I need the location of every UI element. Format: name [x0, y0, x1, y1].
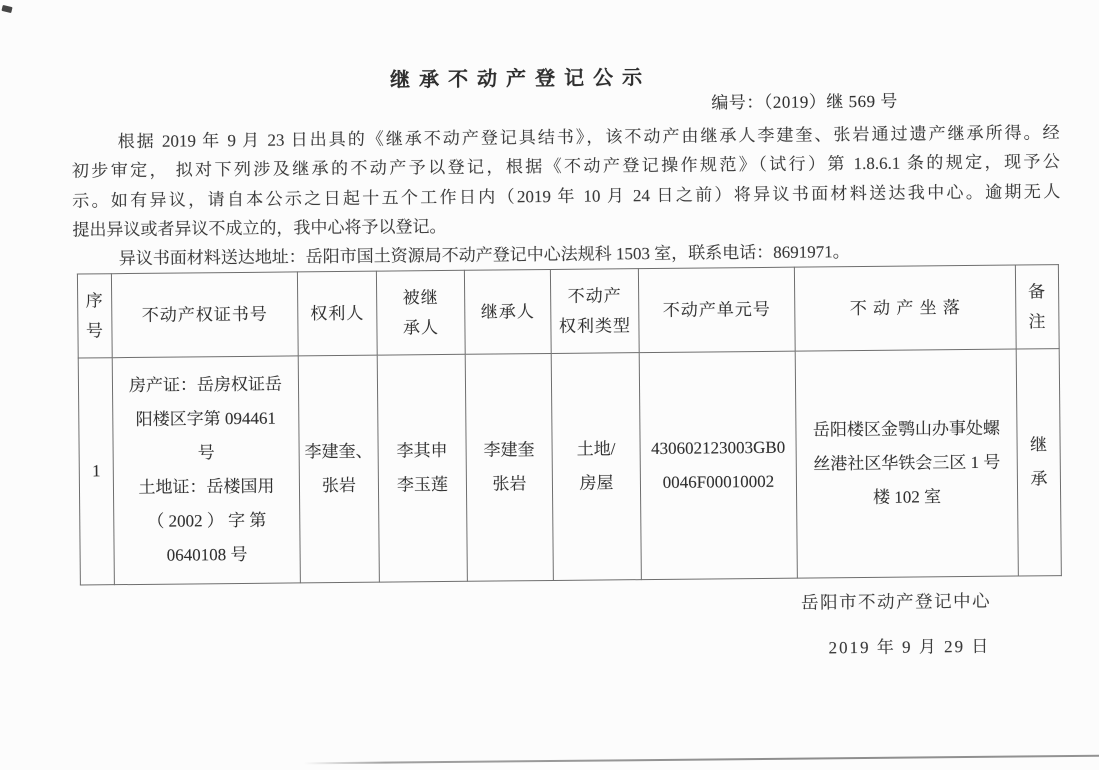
- col-header-right-type: 不动产 权利类型: [550, 269, 639, 354]
- scanned-page: 继 承 不 动 产 登 记 公 示 编号：（2019）继 569 号 根据 20…: [0, 0, 1099, 770]
- signature-date: 2019 年 9 月 29 日: [828, 632, 990, 659]
- col-header-unit-number: 不动产单元号: [638, 267, 795, 352]
- records-table: 序 号 不动产权证书号 权利人 被继 承人 继承人 不动产 权利类型 不动产单元…: [77, 264, 1062, 585]
- col-header-seq: 序 号: [77, 274, 112, 358]
- scan-bottom-edge-artifact: [304, 755, 1099, 765]
- cell-holder: 李建奎、 张岩: [298, 355, 379, 583]
- cell-right-type: 土地/ 房屋: [551, 353, 641, 581]
- doc-number: 编号：（2019）继 569 号: [711, 87, 898, 114]
- col-header-heir: 继承人: [464, 269, 551, 354]
- cell-certificate: 房产证：岳房权证岳 阳楼区字第 094461 号 土地证：岳楼国用 （ 2002…: [112, 356, 300, 585]
- col-header-decedent: 被继 承人: [376, 270, 465, 355]
- table-header-row: 序 号 不动产权证书号 权利人 被继 承人 继承人 不动产 权利类型 不动产单元…: [77, 265, 1059, 358]
- col-header-remark: 备 注: [1015, 265, 1059, 349]
- table-row: 1 房产证：岳房权证岳 阳楼区字第 094461 号 土地证：岳楼国用 （ 20…: [78, 349, 1061, 585]
- signature-org: 岳阳市不动产登记中心: [801, 588, 991, 615]
- notice-body: 根据 2019 年 9 月 23 日出具的《继承不动产登记具结书》，该不动产由继…: [72, 118, 1061, 274]
- cell-seq: 1: [78, 358, 114, 585]
- cell-location: 岳阳楼区金鹗山办事处螺 丝港社区华铁会三区 1 号 楼 102 室: [795, 349, 1018, 578]
- cell-unit-number: 430602123003GB0 0046F00010002: [639, 351, 797, 579]
- notice-document: 继 承 不 动 产 登 记 公 示 编号：（2019）继 569 号 根据 20…: [0, 0, 1099, 770]
- col-header-certificate: 不动产权证书号: [111, 272, 298, 358]
- records-table-wrap: 序 号 不动产权证书号 权利人 被继 承人 继承人 不动产 权利类型 不动产单元…: [77, 264, 1062, 585]
- col-header-holder: 权利人: [297, 271, 377, 356]
- cell-decedent: 李其申 李玉莲: [377, 354, 467, 582]
- col-header-location: 不 动 产 坐 落: [794, 265, 1016, 351]
- cell-heir: 李建奎 张岩: [465, 353, 553, 581]
- cell-remark: 继 承: [1016, 349, 1061, 576]
